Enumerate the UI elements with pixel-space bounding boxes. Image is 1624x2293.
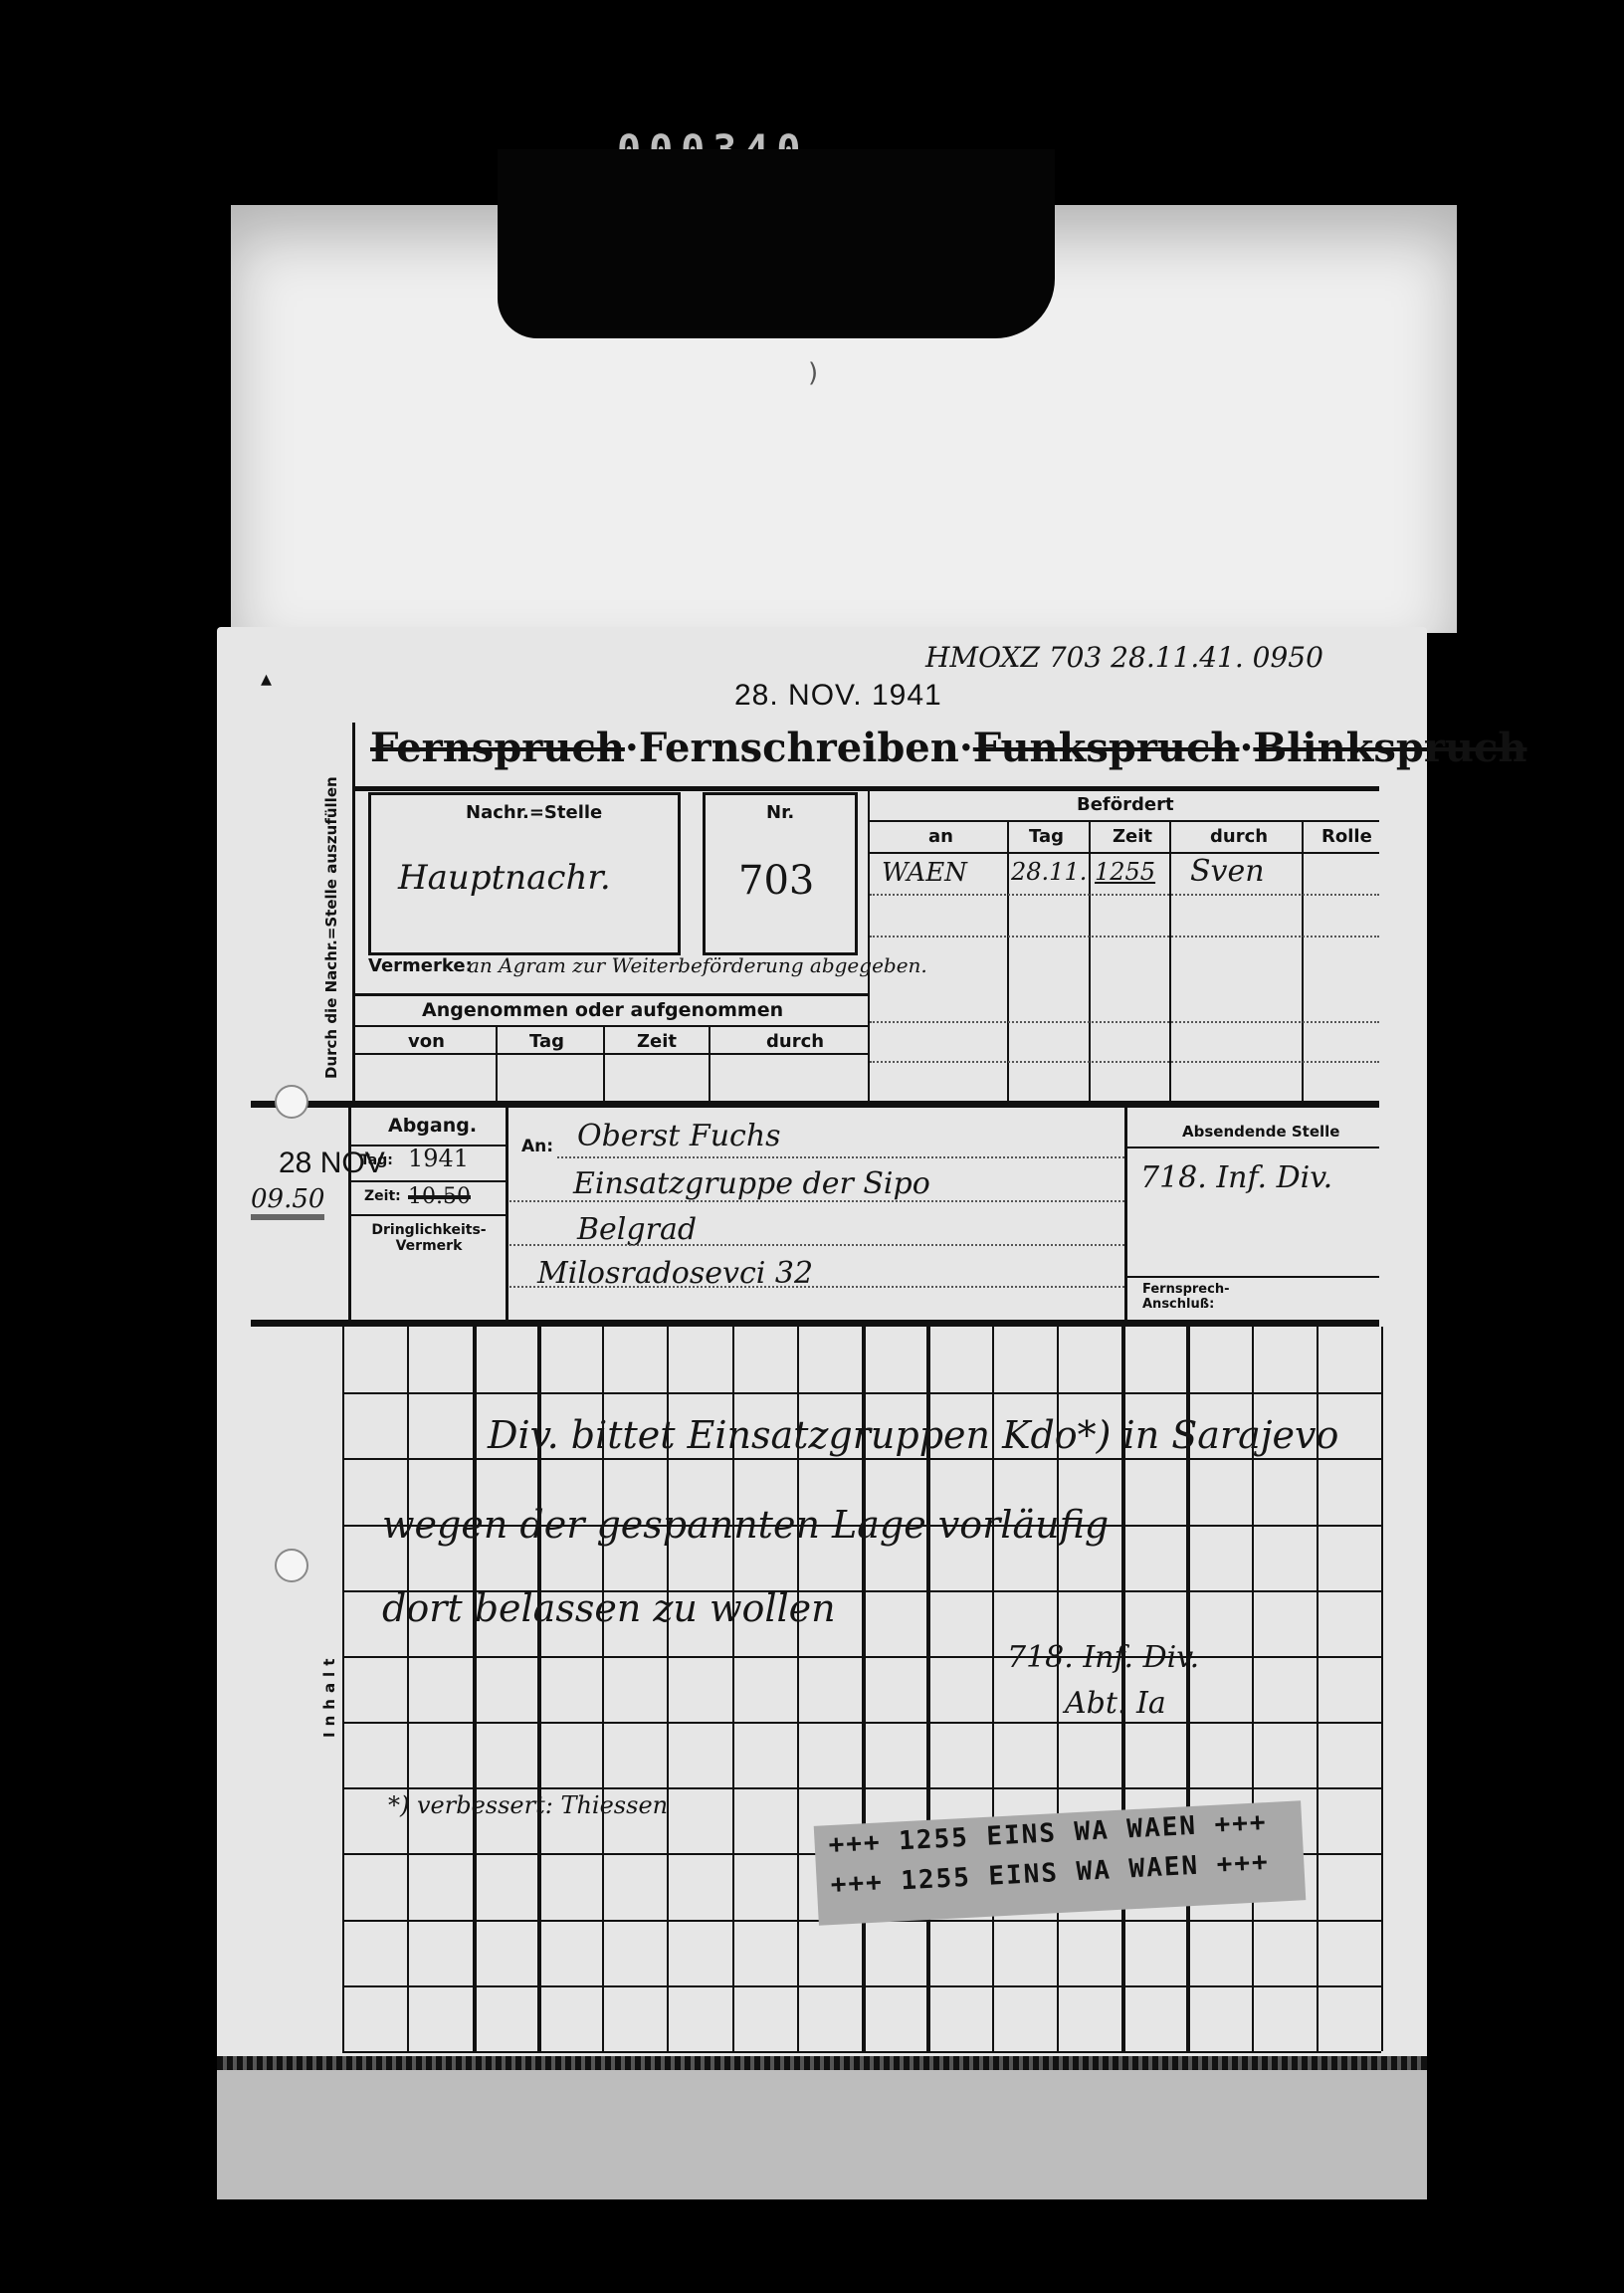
separator: ·: [959, 725, 973, 771]
an-line-2[interactable]: Einsatzgruppe der Sipo: [573, 1166, 930, 1201]
befoerdert-title: Befördert: [1077, 794, 1174, 815]
ang-col-tag: Tag: [529, 1031, 564, 1052]
ang-col-zeit: Zeit: [637, 1031, 677, 1052]
teletype-reference: HMOXZ 703 28.11.41. 0950: [925, 641, 1323, 674]
abgang-zeit-margin[interactable]: 09.50: [251, 1184, 324, 1220]
separator: ·: [1239, 725, 1253, 771]
befoerdert-tag-value[interactable]: 28.11.: [1011, 858, 1087, 886]
absendende-stelle-label: Absendende Stelle: [1182, 1123, 1339, 1141]
form-type-title: Fernspruch·Fernschreiben·Funkspruch·Blin…: [370, 725, 1526, 771]
nachr-stelle-value[interactable]: Hauptnachr.: [398, 858, 611, 898]
abgang-date-stamp: 28 NOV: [279, 1146, 385, 1180]
an-label: An:: [521, 1137, 553, 1156]
punch-hole: [275, 1085, 308, 1119]
an-line-1[interactable]: Oberst Fuchs: [577, 1119, 781, 1153]
absendende-stelle-value[interactable]: 718. Inf. Div.: [1140, 1160, 1332, 1195]
footnote: *) verbessert: Thiessen: [388, 1791, 668, 1819]
side-label-nachr-stelle: Durch die Nachr.=Stelle auszufüllen: [322, 776, 340, 1079]
received-date-stamp: 28. NOV. 1941: [734, 679, 942, 713]
vermerke-value[interactable]: an Agram zur Weiterbeförderung abgegeben…: [468, 953, 927, 977]
ang-col-von: von: [408, 1031, 445, 1052]
angenommen-title: Angenommen oder aufgenommen: [422, 999, 783, 1021]
abgang-zeit-struck: 10.50: [408, 1184, 471, 1209]
binder-tab-shadow: [498, 149, 1055, 338]
margin-mark-icon: ▴: [261, 667, 272, 692]
type-blinkspruch: Blinkspruch: [1253, 725, 1526, 771]
ang-col-durch: durch: [766, 1031, 824, 1052]
fernsprech-anschluss-label: Fernsprech-Anschluß:: [1142, 1282, 1262, 1312]
befoerdert-durch-value[interactable]: Sven: [1190, 854, 1265, 889]
col-durch: durch: [1210, 826, 1268, 847]
inhalt-line-3[interactable]: dort belassen zu wollen: [382, 1586, 836, 1630]
nr-label: Nr.: [766, 802, 794, 823]
bottom-margin: [217, 2070, 1427, 2199]
nachr-stelle-label: Nachr.=Stelle: [466, 802, 602, 823]
dringlichkeit-label: Dringlichkeits-Vermerk: [364, 1222, 494, 1254]
side-label-inhalt: Inhalt: [320, 1653, 338, 1738]
nr-value[interactable]: 703: [738, 858, 814, 904]
inhalt-line-2[interactable]: wegen der gespannten Lage vorläufig: [382, 1503, 1109, 1547]
col-tag: Tag: [1029, 826, 1064, 847]
col-an: an: [928, 826, 953, 847]
abgang-title: Abgang.: [388, 1115, 477, 1137]
punch-hole: [275, 1549, 308, 1582]
befoerdert-zeit-value[interactable]: 1255: [1095, 858, 1155, 886]
pencil-mark: ): [808, 358, 818, 388]
type-funkspruch: Funkspruch: [973, 725, 1240, 771]
signature-unit: 718. Inf. Div.: [1007, 1640, 1199, 1675]
inhalt-line-1-text: Div. bittet Einsatzgruppen Kdo*) in Sara…: [488, 1413, 1338, 1457]
abgang-zeit-label: Zeit:: [364, 1188, 401, 1204]
type-fernspruch: Fernspruch: [370, 725, 625, 771]
col-rolle: Rolle: [1321, 826, 1372, 847]
col-zeit: Zeit: [1113, 826, 1152, 847]
signature-section: Abt. Ia: [1065, 1686, 1166, 1721]
befoerdert-an-value[interactable]: WAEN: [882, 858, 967, 888]
type-fernschreiben: Fernschreiben: [639, 725, 959, 771]
perforation-edge: [217, 2056, 1427, 2070]
abgang-tag-value[interactable]: 1941: [408, 1145, 469, 1172]
vermerke-label: Vermerke:: [368, 955, 473, 976]
separator: ·: [625, 725, 639, 771]
an-line-3[interactable]: Belgrad: [577, 1212, 697, 1247]
inhalt-line-1[interactable]: Div. bittet Einsatzgruppen Kdo*) in Sara…: [488, 1413, 1338, 1457]
